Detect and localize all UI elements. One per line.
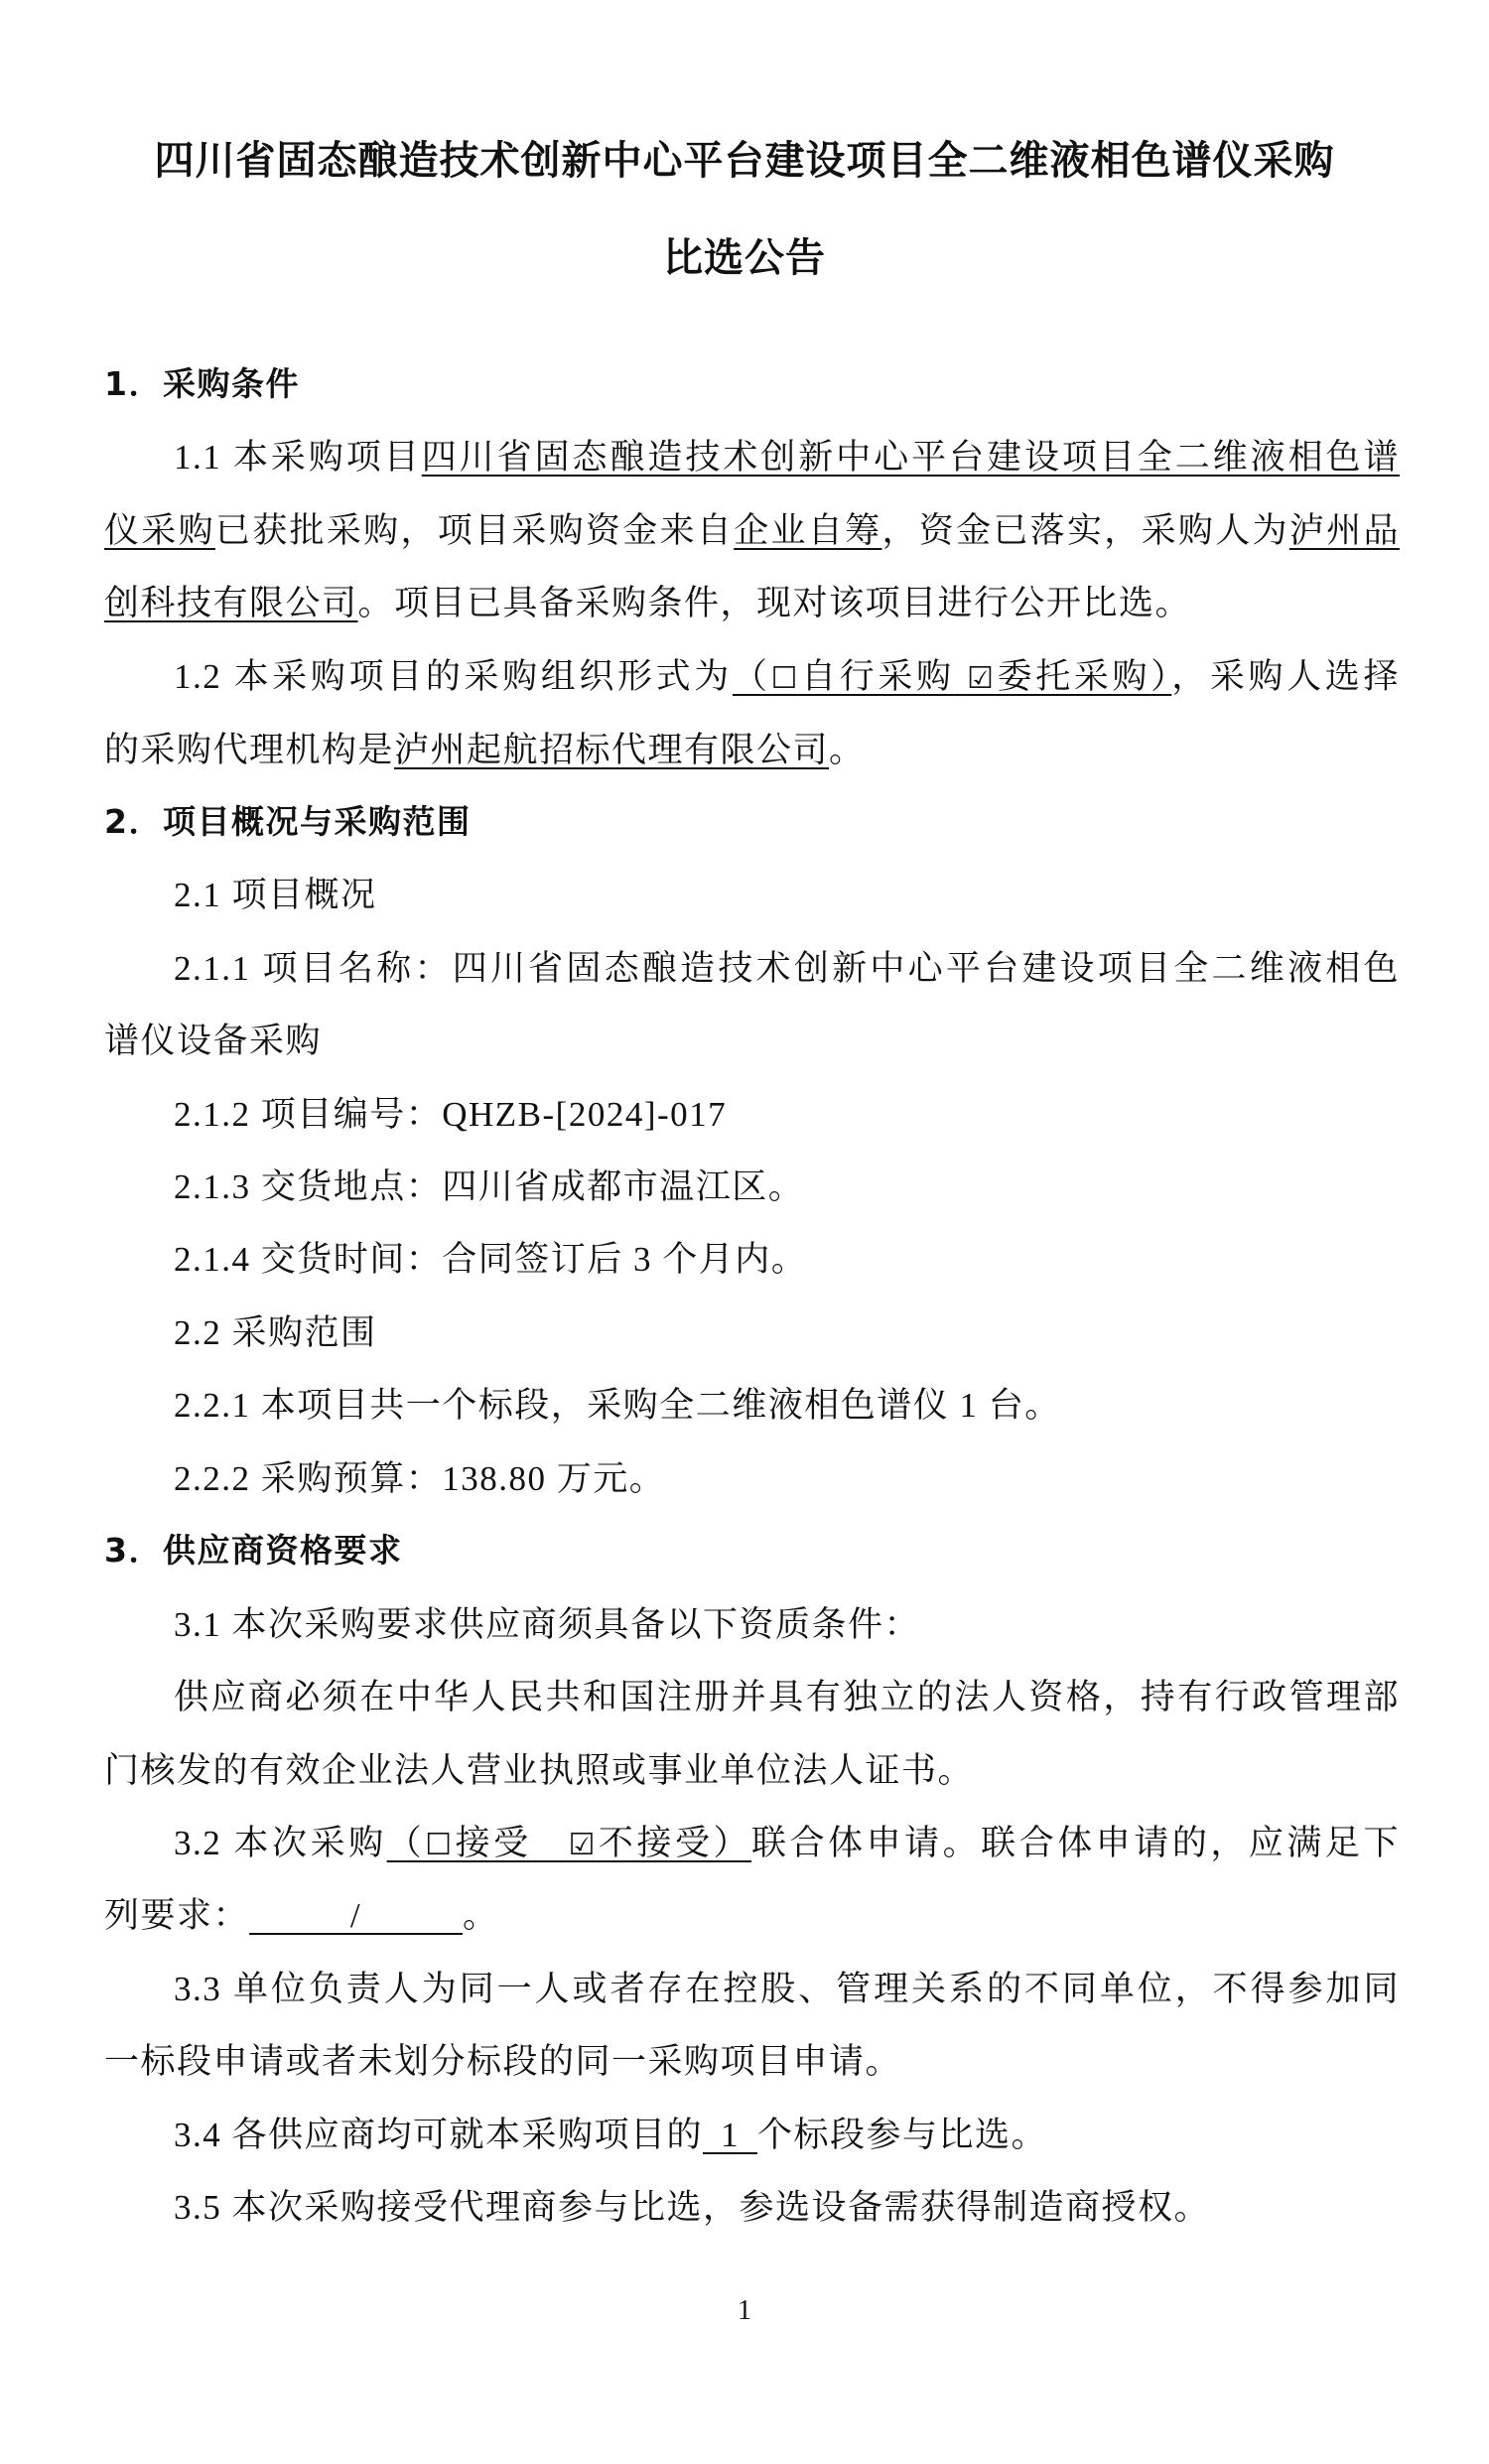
subsection-2-2: 2.2 采购范围 <box>174 1315 1400 1350</box>
item-2-2-2-budget: 2.2.2 采购预算：138.80 万元。 <box>174 1461 1400 1496</box>
page-number: 1 <box>0 2295 1489 2327</box>
checkbox-self-procurement: ☐ <box>771 661 799 696</box>
checkbox-entrusted-procurement: ☑ <box>967 661 995 696</box>
p1-2-text: ，采购人选择 <box>1171 657 1400 696</box>
item-3-1-body-line1: 供应商必须在中华人民共和国注册并具有独立的法人资格，持有行政管理部 <box>174 1680 1400 1714</box>
subsection-3-3-line2: 一标段申请或者未划分标段的同一采购项目申请。 <box>104 2044 1400 2079</box>
checkbox-not-accept: ☑ <box>568 1828 596 1862</box>
document-page: 四川省固态酿造技术创新中心平台建设项目全二维液相色谱仪采购 比选公告 1．采购条… <box>0 0 1489 2464</box>
item-2-1-1-line1: 2.1.1 项目名称：四川省固态酿造技术创新中心平台建设项目全二维液相色 <box>174 951 1400 986</box>
subsection-3-2-line1: 3.2 本次采购（☐接受 ☑不接受）联合体申请。联合体申请的，应满足下 <box>174 1826 1400 1860</box>
document-title-line2: 比选公告 <box>0 238 1489 278</box>
item-2-1-2-project-number: 2.1.2 项目编号：QHZB-[2024]-017 <box>174 1097 1400 1132</box>
paragraph-1-1-line2: 仪采购已获批采购，项目采购资金来自企业自筹，资金已落实，采购人为泸州品 <box>104 513 1400 548</box>
purchaser-name-cont: 创科技有限公司 <box>104 584 358 622</box>
paragraph-1-1-line1: 1.1 本采购项目四川省固态酿造技术创新中心平台建设项目全二维液相色谱 <box>174 440 1400 475</box>
p1-1-tail: 。项目已具备采购条件，现对该项目进行公开比选。 <box>358 584 1192 622</box>
consortium-requirements-blank: / <box>249 1898 463 1935</box>
p3-2-text: 列要求： <box>104 1896 249 1935</box>
p3-2-text: 。 <box>463 1896 499 1935</box>
section-3-heading: 3．供应商资格要求 <box>104 1534 1400 1567</box>
section-2-heading: 2．项目概况与采购范围 <box>104 805 1400 838</box>
subsection-3-4: 3.4 各供应商均可就本采购项目的1个标段参与比选。 <box>174 2118 1400 2154</box>
subsection-3-2-line2: 列要求：/。 <box>104 1898 1400 1935</box>
p3-2-tail: 联合体申请。联合体申请的，应满足下 <box>751 1824 1400 1862</box>
subsection-3-3-line1: 3.3 单位负责人为同一人或者存在控股、管理关系的不同单位，不得参加同 <box>174 1972 1400 2006</box>
paren: ） <box>714 1824 752 1862</box>
item-2-2-1: 2.2.1 本项目共一个标段，采购全二维液相色谱仪 1 台。 <box>174 1388 1400 1423</box>
purchaser-name: 泸州品 <box>1289 511 1400 550</box>
p1-1-prefix: 1.1 本采购项目 <box>174 438 422 477</box>
p1-2-prefix: 1.2 本采购项目的采购组织形式为 <box>174 657 733 696</box>
subsection-2-1: 2.1 项目概况 <box>174 878 1400 912</box>
project-name-cont: 仪采购 <box>104 511 215 550</box>
lot-count: 1 <box>703 2118 757 2154</box>
item-2-1-3-delivery-location: 2.1.3 交货地点：四川省成都市温江区。 <box>174 1169 1400 1204</box>
procurement-form-options: （☐自行采购 ☑委托采购） <box>733 657 1171 696</box>
option-self-procurement: 自行采购 <box>799 657 955 696</box>
p1-1-text: 已获批采购，项目采购资金来自 <box>215 511 734 550</box>
p3-4-prefix: 3.4 各供应商均可就本采购项目的 <box>174 2116 703 2154</box>
paren: （ <box>733 657 771 696</box>
paragraph-1-2-line2: 的采购代理机构是泸州起航招标代理有限公司。 <box>104 733 1400 767</box>
consortium-options: （☐接受 ☑不接受） <box>387 1824 751 1862</box>
checkbox-accept: ☐ <box>425 1828 453 1862</box>
option-accept: 接受 <box>454 1824 532 1862</box>
agency-name: 泸州起航招标代理有限公司 <box>394 731 829 769</box>
item-2-1-4-delivery-time: 2.1.4 交货时间：合同签订后 3 个月内。 <box>174 1242 1400 1277</box>
paren: ） <box>1151 657 1171 696</box>
document-title-line1: 四川省固态酿造技术创新中心平台建设项目全二维液相色谱仪采购 <box>0 141 1489 181</box>
paren: （ <box>387 1824 426 1862</box>
option-entrusted-procurement: 委托采购 <box>995 657 1151 696</box>
project-name: 四川省固态酿造技术创新中心平台建设项目全二维液相色谱 <box>422 438 1400 477</box>
fund-source: 企业自筹 <box>734 511 881 550</box>
p1-2-tail: 。 <box>829 731 866 769</box>
subsection-3-5: 3.5 本次采购接受代理商参与比选，参选设备需获得制造商授权。 <box>174 2190 1400 2225</box>
item-3-1-body-line2: 门核发的有效企业法人营业执照或事业单位法人证书。 <box>104 1753 1400 1788</box>
p3-2-prefix: 3.2 本次采购 <box>174 1824 387 1862</box>
p3-4-tail: 个标段参与比选。 <box>757 2116 1047 2154</box>
subsection-3-1: 3.1 本次采购要求供应商须具备以下资质条件： <box>174 1607 1400 1642</box>
section-1-heading: 1．采购条件 <box>104 367 1400 400</box>
p1-2-text: 的采购代理机构是 <box>104 731 394 769</box>
p1-1-text: ，资金已落实，采购人为 <box>881 511 1288 550</box>
paragraph-1-2-line1: 1.2 本采购项目的采购组织形式为（☐自行采购 ☑委托采购），采购人选择 <box>174 659 1400 694</box>
item-2-1-1-line2: 谱仪设备采购 <box>104 1024 1400 1058</box>
paragraph-1-1-line3: 创科技有限公司。项目已具备采购条件，现对该项目进行公开比选。 <box>104 586 1400 620</box>
option-not-accept: 不接受 <box>597 1824 714 1862</box>
